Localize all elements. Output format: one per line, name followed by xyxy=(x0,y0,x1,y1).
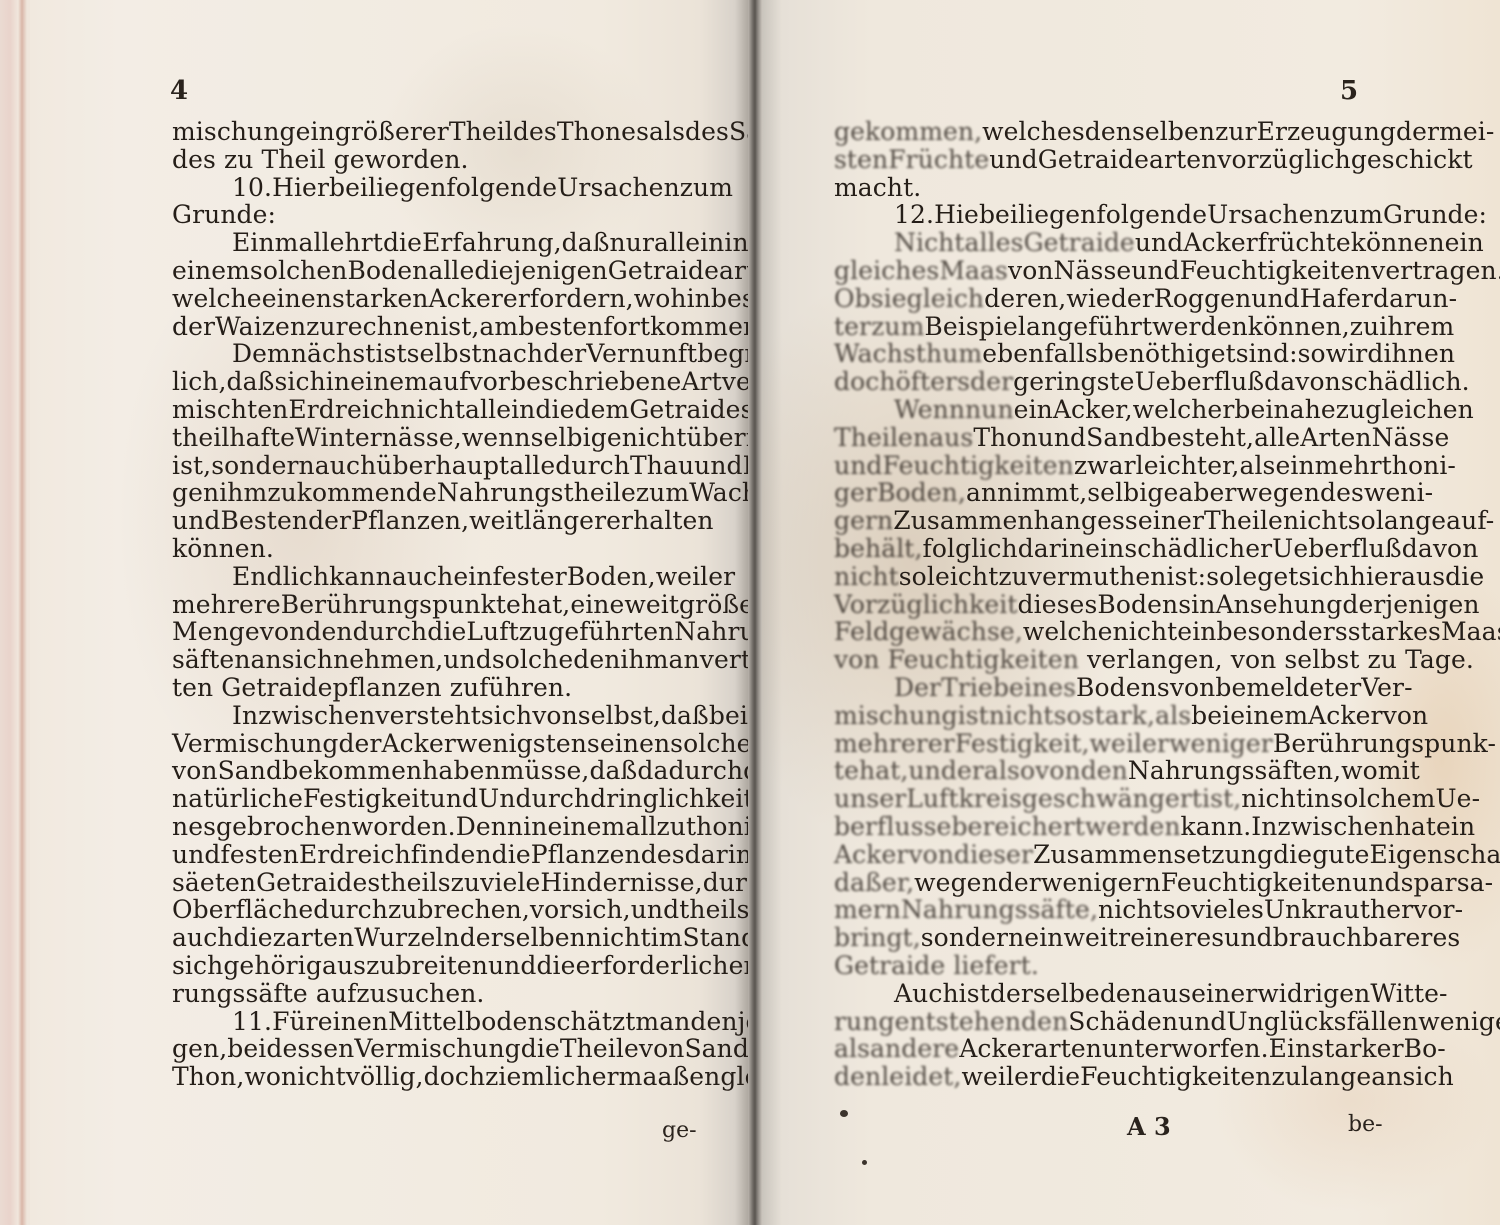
text-line: sichgehörigauszubreitenunddieerforderlic… xyxy=(172,952,699,980)
text-line: natürlicheFestigkeitundUndurchdringlichk… xyxy=(172,785,699,813)
text-line: VorzüglichkeitdiesesBodensinAnsehungderj… xyxy=(834,591,1374,619)
text-line: DerTriebeinesBodensvonbemeldeterVer- xyxy=(834,674,1374,702)
text-line: rungentstehendenSchädenundUnglücksfällen… xyxy=(834,1008,1374,1036)
text-line: MengevondendurchdieLuftzugeführtenNahrun… xyxy=(172,618,699,646)
text-line: Thon,wonichtvöllig,dochziemlichermaaßeng… xyxy=(172,1063,699,1091)
text-line: behält,folglichdarineinschädlicherUeberf… xyxy=(834,535,1374,563)
page-number: 4 xyxy=(170,76,188,106)
signature-mark: A 3 xyxy=(1127,1112,1171,1141)
text-line: macht. xyxy=(834,174,1374,202)
book-gutter xyxy=(748,0,762,1225)
text-line: 10.HierbeiliegenfolgendeUrsachenzum xyxy=(172,174,699,202)
text-line: rungssäfte aufzusuchen. xyxy=(172,980,699,1008)
text-line: gernZusammenhangesseinerTheilenichtsolan… xyxy=(834,507,1374,535)
text-line: 12.HiebeiliegenfolgendeUrsachenzumGrunde… xyxy=(834,201,1374,229)
text-line: mischtenErdreichnichtalleindiedemGetraid… xyxy=(172,396,699,424)
text-line: theilhafteWinternässe,wennselbigenichtüb… xyxy=(172,424,699,452)
text-line: nichtsoleichtzuvermuthenist:solegetsichh… xyxy=(834,563,1374,591)
text-line: tehat,underalsovondenNahrungssäften,womi… xyxy=(834,757,1374,785)
catchword: ge- xyxy=(662,1118,697,1143)
text-line: AckervondieserZusammensetzungdieguteEige… xyxy=(834,841,1374,869)
text-line: können. xyxy=(172,535,699,563)
text-line: Inzwischenverstehtsichvonselbst,daßbeide… xyxy=(172,702,699,730)
text-line: ist,sondernauchüberhauptalledurchThauund… xyxy=(172,452,699,480)
text-line: dochöftersdergeringsteUeberflußdavonschä… xyxy=(834,368,1374,396)
text-line: auchdiezartenWurzelnderselbennichtimStan… xyxy=(172,924,699,952)
book-spread: 4 mischungeingrößererTheildesThonesalsde… xyxy=(0,0,1500,1225)
text-line: mernNahrungssäfte,nichtsovielesUnkrauthe… xyxy=(834,896,1374,924)
text-line: gerBoden,annimmt,selbigeaberwegendesweni… xyxy=(834,479,1374,507)
text-line: VermischungderAckerwenigstenseinensolche… xyxy=(172,730,699,758)
text-line: vonSandbekommenhabenmüsse,daßdadurchdie xyxy=(172,757,699,785)
text-line: Feldgewächse,welchenichteinbesondersstar… xyxy=(834,618,1374,646)
text-line: bringt,sonderneinweitreineresundbrauchba… xyxy=(834,924,1374,952)
text-line: ten Getraidepflanzen zuführen. xyxy=(172,674,699,702)
ink-speck xyxy=(862,1160,867,1165)
text-line: derWaizenzurechnenist,ambestenfortkommen… xyxy=(172,313,699,341)
text-line: Oberflächedurchzubrechen,vorsich,undthei… xyxy=(172,896,699,924)
text-line: mehrererFestigkeit,weilerwenigerBerührun… xyxy=(834,730,1374,758)
text-line: gekommen,welchesdenselbenzurErzeugungder… xyxy=(834,118,1374,146)
text-line: DemnächstistselbstnachderVernunftbegreif… xyxy=(172,340,699,368)
text-line: alsandereAckerartenunterworfen.Einstarke… xyxy=(834,1035,1374,1063)
text-line: Getraide liefert. xyxy=(834,952,1374,980)
text-line: terzumBeispielangeführtwerdenkönnen,zuih… xyxy=(834,313,1374,341)
text-line: säetenGetraidestheilszuvieleHindernisse,… xyxy=(172,869,699,897)
text-line: undBestenderPflanzen,weitlängererhalten xyxy=(172,507,699,535)
text-line: säftenansichnehmen,undsolchedenihmanvert… xyxy=(172,646,699,674)
catchword: be- xyxy=(1348,1112,1383,1137)
text-line: lich,daßsichineinemaufvorbeschriebeneArt… xyxy=(172,368,699,396)
text-line: gleichesMaasvonNässeundFeuchtigkeitenver… xyxy=(834,257,1374,285)
text-line: gen,beidessenVermischungdieTheilevonSand… xyxy=(172,1035,699,1063)
text-line: EndlichkannaucheinfesterBoden,weiler xyxy=(172,563,699,591)
text-line: Grunde: xyxy=(172,201,699,229)
page-body: gekommen,welchesdenselbenzurErzeugungder… xyxy=(834,118,1374,1091)
text-line: Wachsthumebenfallsbenöthigetsind:sowirdi… xyxy=(834,340,1374,368)
ink-speck xyxy=(840,1110,848,1117)
right-page: 5 gekommen,welchesdenselbenzurErzeugungd… xyxy=(752,0,1500,1225)
text-line: WennnuneinAcker,welcherbeinahezugleichen xyxy=(834,396,1374,424)
text-line: berflussebereichertwerdenkann.Inzwischen… xyxy=(834,813,1374,841)
text-line: EinmallehrtdieErfahrung,daßnuralleinin xyxy=(172,229,699,257)
text-line: des zu Theil geworden. xyxy=(172,146,699,174)
page-edge xyxy=(0,0,30,1225)
left-page: 4 mischungeingrößererTheildesThonesalsde… xyxy=(0,0,752,1225)
text-line: TheilenausThonundSandbesteht,alleArtenNä… xyxy=(834,424,1374,452)
text-line: welcheeinenstarkenAckererfordern,wohinbe… xyxy=(172,285,699,313)
text-line: undfestenErdreichfindendiePflanzendesdar… xyxy=(172,841,699,869)
text-line: NichtallesGetraideundAckerfrüchtekönnene… xyxy=(834,229,1374,257)
text-line: mischungistnichtsostark,alsbeieinemAcker… xyxy=(834,702,1374,730)
text-line: nesgebrochenworden.Dennineinemallzuthoni… xyxy=(172,813,699,841)
text-line: mischungeingrößererTheildesThonesalsdesS… xyxy=(172,118,699,146)
text-line: Obsiegleichderen,wiederRoggenundHaferdar… xyxy=(834,285,1374,313)
text-line: einemsolchenBodenallediejenigenGetraidea… xyxy=(172,257,699,285)
text-line: AuchistderselbedenauseinerwidrigenWitte- xyxy=(834,980,1374,1008)
text-line: undFeuchtigkeitenzwarleichter,alseinmehr… xyxy=(834,452,1374,480)
text-line: von Feuchtigkeiten verlangen, von selbst… xyxy=(834,646,1374,674)
text-line: genihmzukommendeNahrungstheilezumWachsth… xyxy=(172,479,699,507)
text-line: stenFrüchteundGetraideartenvorzüglichges… xyxy=(834,146,1374,174)
text-line: daßer,wegenderwenigernFeuchtigkeitenunds… xyxy=(834,869,1374,897)
text-line: unserLuftkreisgeschwängertist,nichtinsol… xyxy=(834,785,1374,813)
text-line: 11.FüreinenMittelbodenschätztmandenjeni- xyxy=(172,1008,699,1036)
page-number: 5 xyxy=(1340,76,1358,106)
page-body: mischungeingrößererTheildesThonesalsdesS… xyxy=(172,118,699,1091)
text-line: mehrereBerührungspunktehat,eineweitgröße… xyxy=(172,591,699,619)
text-line: denleidet,weilerdieFeuchtigkeitenzulange… xyxy=(834,1063,1374,1091)
